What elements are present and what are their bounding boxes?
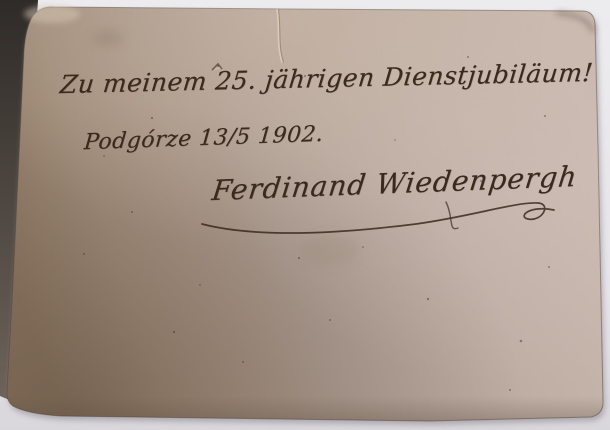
- stain: [92, 30, 124, 46]
- photo-background: Zu meinem 25. jährigen Dienstjubiläum! P…: [0, 0, 610, 430]
- worn-corner-highlight: [24, 5, 80, 23]
- stain: [456, 108, 504, 132]
- signature-flourish: [196, 188, 576, 240]
